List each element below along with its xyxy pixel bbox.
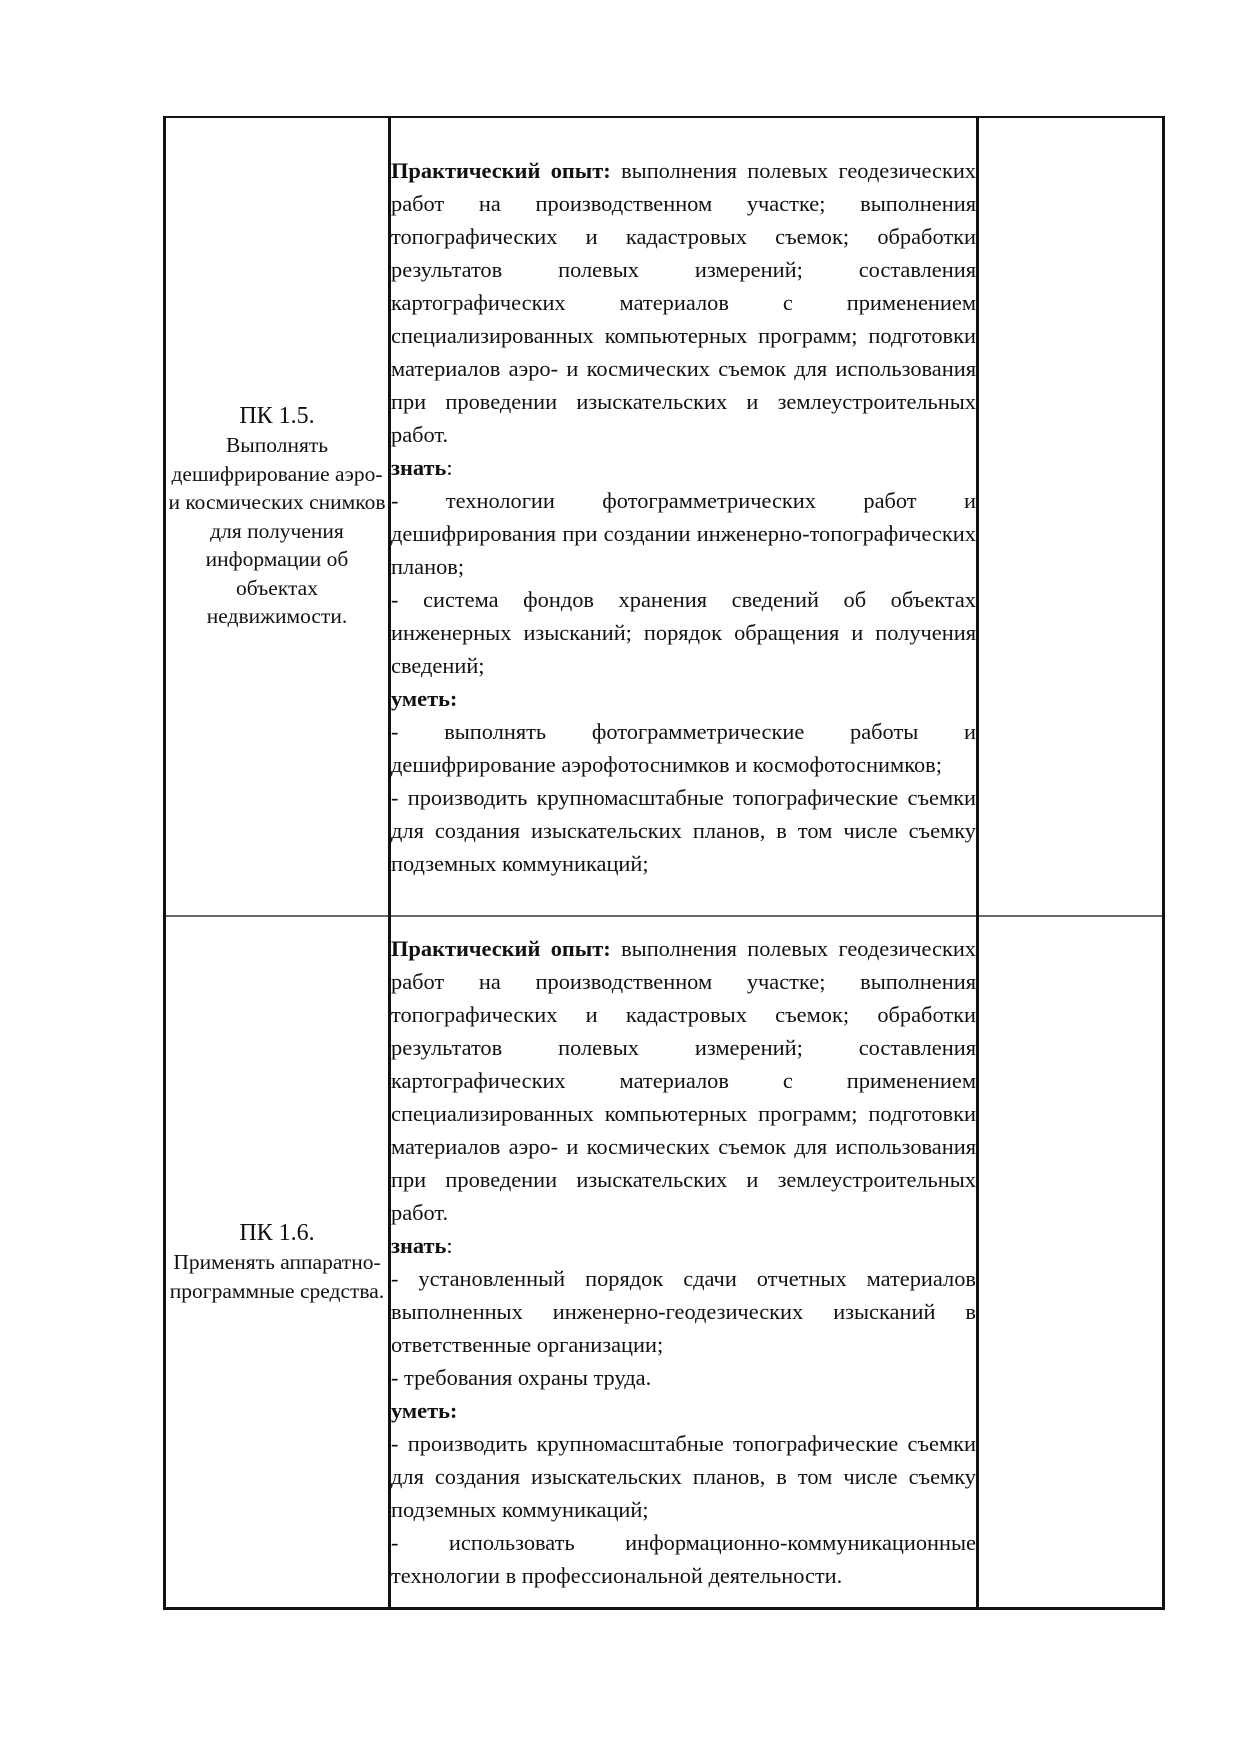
table-row: ПК 1.5. Выполнять дешифрирование аэро- и… (165, 117, 1164, 916)
know-suffix: : (446, 455, 452, 480)
skill-label: уметь: (391, 1394, 976, 1427)
know-heading: знать: (391, 451, 976, 484)
competency-code-cell: ПК 1.5. Выполнять дешифрирование аэро- и… (165, 117, 390, 916)
competency-description: Выполнять дешифрирование аэро- и космиче… (166, 431, 388, 631)
competency-code: ПК 1.5. (166, 402, 388, 431)
know-item: - система фондов хранения сведений об об… (391, 583, 976, 682)
evaluation-cell (978, 916, 1164, 1609)
practical-experience-label: Практический опыт: (391, 936, 611, 961)
competency-content-cell: Практический опыт: выполнения полевых ге… (390, 117, 978, 916)
skill-item: - выполнять фотограмметрические работы и… (391, 715, 976, 781)
skill-label: уметь: (391, 682, 976, 715)
practical-experience-text: выполнения полевых геодезических работ н… (391, 158, 976, 447)
practical-experience-text: выполнения полевых геодезических работ н… (391, 936, 976, 1225)
know-suffix: : (446, 1233, 452, 1258)
know-heading: знать: (391, 1229, 976, 1262)
practical-experience-label: Практический опыт: (391, 158, 611, 183)
know-label: знать (391, 455, 446, 480)
competency-content-cell: Практический опыт: выполнения полевых ге… (390, 916, 978, 1609)
competency-code-cell: ПК 1.6. Применять аппаратно-программные … (165, 916, 390, 1609)
know-item: - установленный порядок сдачи отчетных м… (391, 1262, 976, 1361)
competency-description: Применять аппаратно-программные средства… (166, 1248, 388, 1305)
practical-experience: Практический опыт: выполнения полевых ге… (391, 154, 976, 451)
evaluation-cell (978, 117, 1164, 916)
skill-item: - производить крупномасштабные топографи… (391, 781, 976, 880)
know-label: знать (391, 1233, 446, 1258)
table-row: ПК 1.6. Применять аппаратно-программные … (165, 916, 1164, 1609)
practical-experience: Практический опыт: выполнения полевых ге… (391, 932, 976, 1229)
skill-item: - использовать информационно-коммуникаци… (391, 1526, 976, 1592)
know-item: - технологии фотограмметрических работ и… (391, 484, 976, 583)
document-page: ПК 1.5. Выполнять дешифрирование аэро- и… (0, 0, 1240, 1755)
know-item: - требования охраны труда. (391, 1361, 976, 1394)
skill-item: - производить крупномасштабные топографи… (391, 1427, 976, 1526)
competency-code: ПК 1.6. (166, 1219, 388, 1248)
competency-table: ПК 1.5. Выполнять дешифрирование аэро- и… (163, 116, 1165, 1610)
